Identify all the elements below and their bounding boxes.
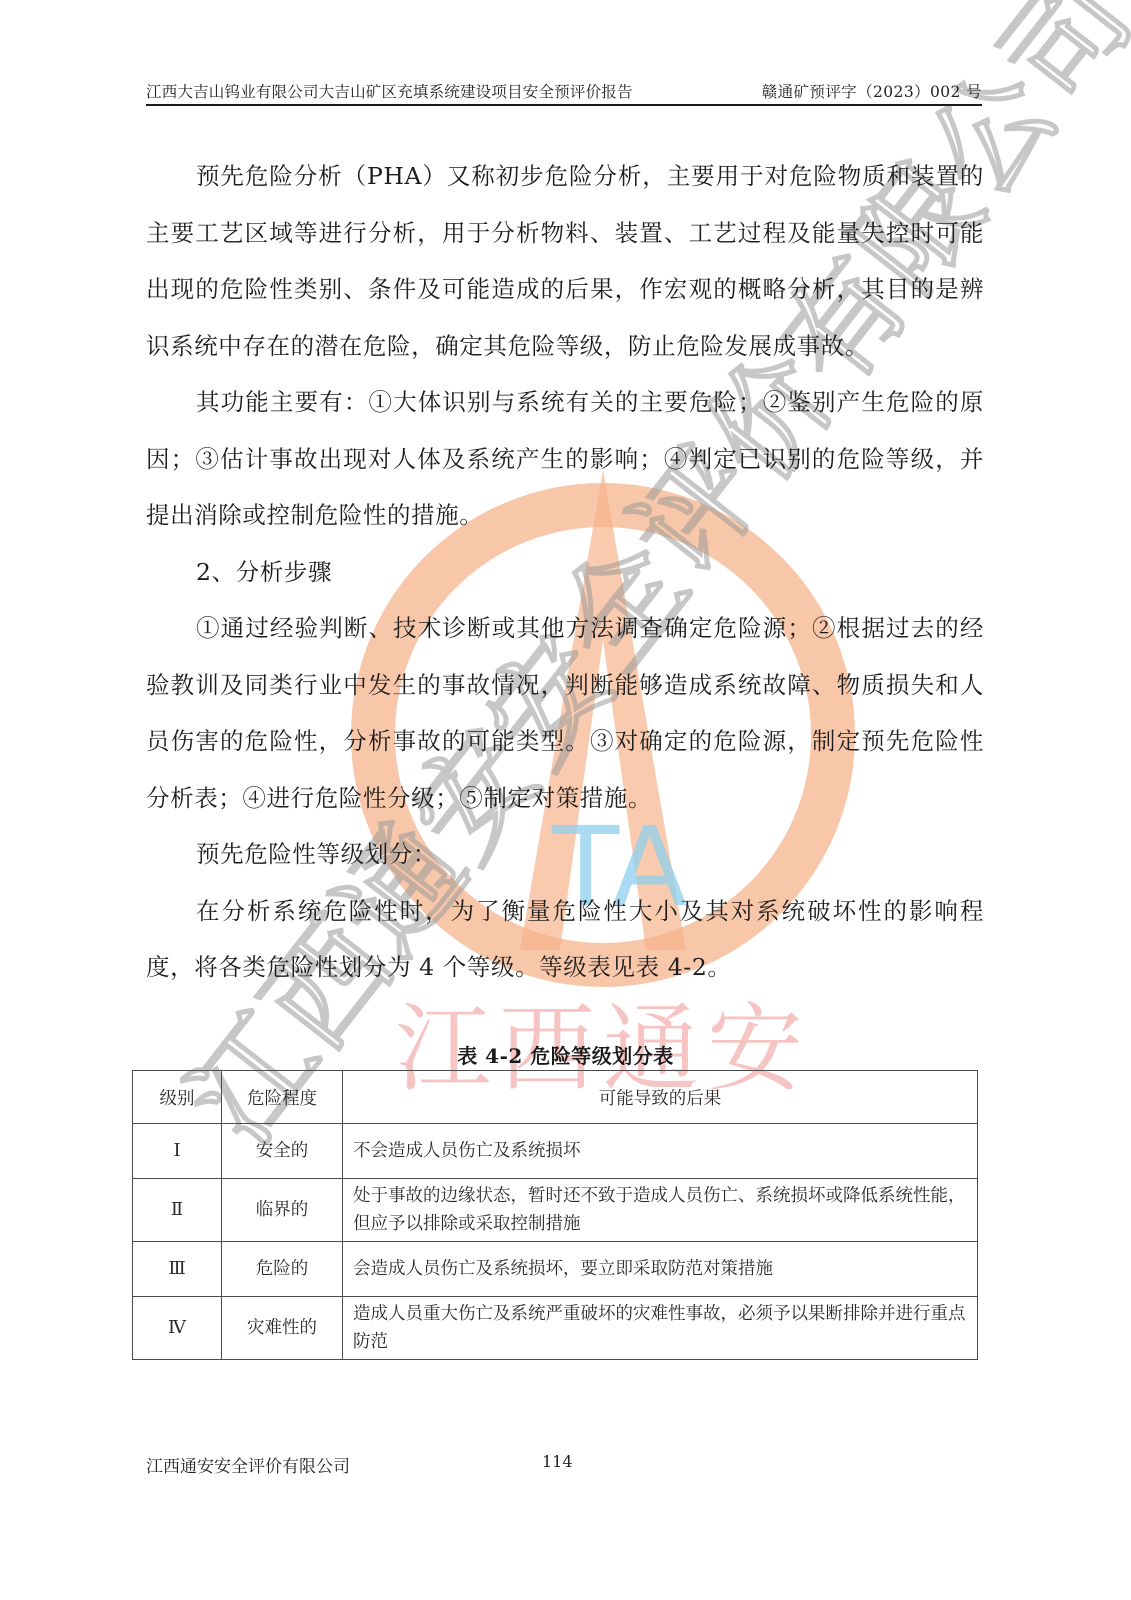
paragraph-steps: ①通过经验判断、技术诊断或其他方法调查确定危险源；②根据过去的经验教训及同类行业… bbox=[146, 600, 984, 826]
table-caption: 表 4-2 危险等级划分表 bbox=[0, 1040, 1131, 1069]
header-consequence: 可能导致的后果 bbox=[343, 1071, 978, 1124]
section-heading-analysis-steps: 2、分析步骤 bbox=[146, 544, 984, 601]
table-row: Ⅲ 危险的 会造成人员伤亡及系统损坏，要立即采取防范对策措施 bbox=[133, 1242, 978, 1297]
cell-degree: 安全的 bbox=[222, 1124, 343, 1179]
cell-consequence: 会造成人员伤亡及系统损坏，要立即采取防范对策措施 bbox=[343, 1242, 978, 1297]
page-number: 114 bbox=[542, 1452, 573, 1471]
report-title: 江西大吉山钨业有限公司大吉山矿区充填系统建设项目安全预评价报告 bbox=[146, 80, 633, 102]
cell-degree: 危险的 bbox=[222, 1242, 343, 1297]
header-level: 级别 bbox=[133, 1071, 222, 1124]
document-page: T A 江西通安 江西通安安全评价有限公司 江西大吉山钨业有限公司大吉山矿区充填… bbox=[0, 0, 1131, 1600]
cell-level: Ⅲ bbox=[133, 1242, 222, 1297]
cell-consequence: 处于事故的边缘状态，暂时还不致于造成人员伤亡、系统损坏或降低系统性能，但应予以排… bbox=[343, 1179, 978, 1242]
running-header: 江西大吉山钨业有限公司大吉山矿区充填系统建设项目安全预评价报告 赣通矿预评字（2… bbox=[146, 78, 982, 104]
hazard-grade-table: 级别 危险程度 可能导致的后果 Ⅰ 安全的 不会造成人员伤亡及系统损坏 Ⅱ 临界… bbox=[132, 1070, 978, 1360]
paragraph-grade-heading: 预先危险性等级划分： bbox=[146, 826, 984, 883]
cell-degree: 灾难性的 bbox=[222, 1297, 343, 1360]
cell-level: Ⅳ bbox=[133, 1297, 222, 1360]
cell-level: Ⅰ bbox=[133, 1124, 222, 1179]
cell-consequence: 不会造成人员伤亡及系统损坏 bbox=[343, 1124, 978, 1179]
table-row: Ⅰ 安全的 不会造成人员伤亡及系统损坏 bbox=[133, 1124, 978, 1179]
header-rule bbox=[146, 104, 982, 106]
table-header-row: 级别 危险程度 可能导致的后果 bbox=[133, 1071, 978, 1124]
table-row: Ⅳ 灾难性的 造成人员重大伤亡及系统严重破坏的灾难性事故，必须予以果断排除并进行… bbox=[133, 1297, 978, 1360]
cell-level: Ⅱ bbox=[133, 1179, 222, 1242]
header-degree: 危险程度 bbox=[222, 1071, 343, 1124]
paragraph-functions: 其功能主要有：①大体识别与系统有关的主要危险；②鉴别产生危险的原因；③估计事故出… bbox=[146, 374, 984, 544]
table-row: Ⅱ 临界的 处于事故的边缘状态，暂时还不致于造成人员伤亡、系统损坏或降低系统性能… bbox=[133, 1179, 978, 1242]
body-text: 预先危险分析（PHA）又称初步危险分析，主要用于对危险物质和装置的主要工艺区域等… bbox=[146, 148, 984, 996]
document-number: 赣通矿预评字（2023）002 号 bbox=[762, 80, 982, 102]
paragraph-pha-definition: 预先危险分析（PHA）又称初步危险分析，主要用于对危险物质和装置的主要工艺区域等… bbox=[146, 148, 984, 374]
cell-degree: 临界的 bbox=[222, 1179, 343, 1242]
paragraph-grade-intro: 在分析系统危险性时，为了衡量危险性大小及其对系统破坏性的影响程度，将各类危险性划… bbox=[146, 883, 984, 996]
cell-consequence: 造成人员重大伤亡及系统严重破坏的灾难性事故，必须予以果断排除并进行重点防范 bbox=[343, 1297, 978, 1360]
footer-company: 江西通安安全评价有限公司 bbox=[146, 1452, 350, 1477]
